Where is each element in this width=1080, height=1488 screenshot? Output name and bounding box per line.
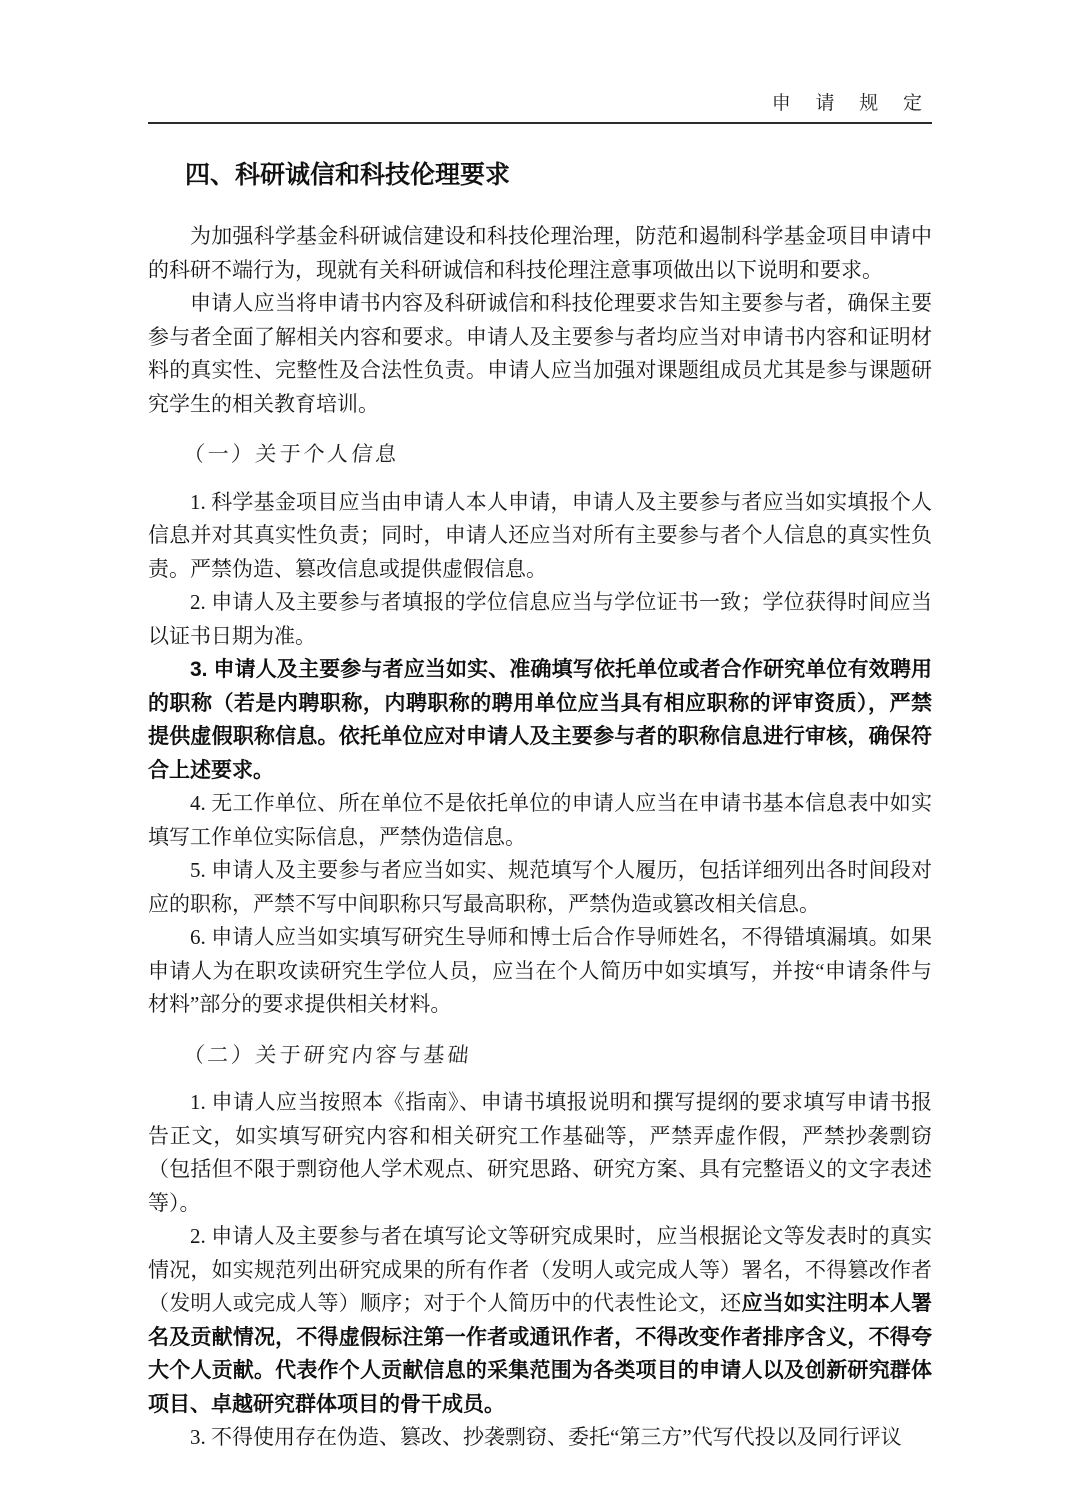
document-body: 为加强科学基金科研诚信建设和科技伦理治理，防范和遏制科学基金项目申请中的科研不端…: [148, 220, 932, 1455]
section-heading-research-content: （二）关于研究内容与基础: [148, 1039, 936, 1073]
document-page: 申 请 规 定 四、科研诚信和科技伦理要求 为加强科学基金科研诚信建设和科技伦理…: [0, 0, 1080, 1488]
list-item: 3. 申请人及主要参与者应当如实、准确填写依托单位或者合作研究单位有效聘用的职称…: [148, 653, 932, 787]
page-title: 四、科研诚信和科技伦理要求: [148, 158, 932, 192]
running-header: 申 请 规 定: [148, 0, 932, 115]
list-item: 2. 申请人及主要参与者在填写论文等研究成果时，应当根据论文等发表时的真实情况，…: [148, 1220, 932, 1421]
list-item: 1. 科学基金项目应当由申请人本人申请，申请人及主要参与者应当如实填报个人信息并…: [148, 486, 932, 587]
header-rule: [148, 122, 932, 124]
intro-paragraph: 申请人应当将申请书内容及科研诚信和科技伦理要求告知主要参与者，确保主要参与者全面…: [148, 287, 932, 421]
list-item: 6. 申请人应当如实填写研究生导师和博士后合作导师姓名，不得错填漏填。如果申请人…: [148, 921, 932, 1022]
list-item: 5. 申请人及主要参与者应当如实、规范填写个人履历，包括详细列出各时间段对应的职…: [148, 854, 932, 921]
section-heading-personal-info: （一）关于个人信息: [148, 438, 936, 472]
intro-paragraph: 为加强科学基金科研诚信建设和科技伦理治理，防范和遏制科学基金项目申请中的科研不端…: [148, 220, 932, 287]
list-item: 4. 无工作单位、所在单位不是依托单位的申请人应当在申请书基本信息表中如实填写工…: [148, 787, 932, 854]
page-number: · 15 ·: [861, 1362, 932, 1384]
list-item: 2. 申请人及主要参与者填报的学位信息应当与学位证书一致；学位获得时间应当以证书…: [148, 586, 932, 653]
list-item: 3. 不得使用存在伪造、篡改、抄袭剽窃、委托“第三方”代写代投以及同行评议: [148, 1421, 932, 1455]
list-item: 1. 申请人应当按照本《指南》、申请书填报说明和撰写提纲的要求填写申请书报告正文…: [148, 1086, 932, 1220]
page-content: 申 请 规 定 四、科研诚信和科技伦理要求 为加强科学基金科研诚信建设和科技伦理…: [148, 0, 932, 1455]
